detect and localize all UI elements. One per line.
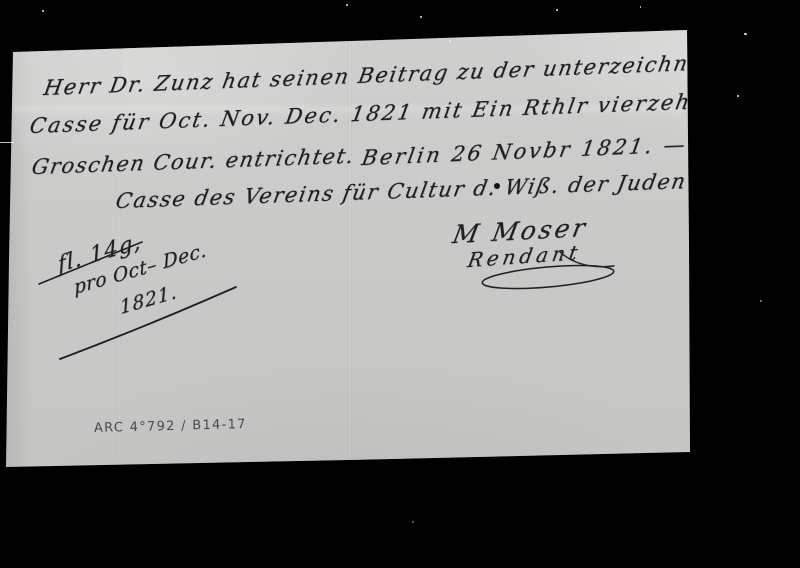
- archival-reference: ARC 4°792 / B14-17: [94, 417, 247, 436]
- scratch-line: [0, 142, 14, 143]
- scan-background: Herr Dr. Zunz hat seinen Beitrag zu der …: [0, 0, 800, 568]
- fold-crease-vertical: [348, 32, 352, 458]
- handwritten-date-place: Berlin 26 Novbr 1821. —: [360, 132, 689, 170]
- handwritten-line-4: Casse des Vereins für Cultur d. Wiß. der…: [114, 169, 689, 213]
- handwritten-line-3: Groschen Cour. entrichtet.: [30, 144, 357, 179]
- amount-annotation-year: 1821.: [119, 281, 178, 320]
- ink-blot: [494, 183, 500, 189]
- document-paper: Herr Dr. Zunz hat seinen Beitrag zu der …: [0, 0, 800, 568]
